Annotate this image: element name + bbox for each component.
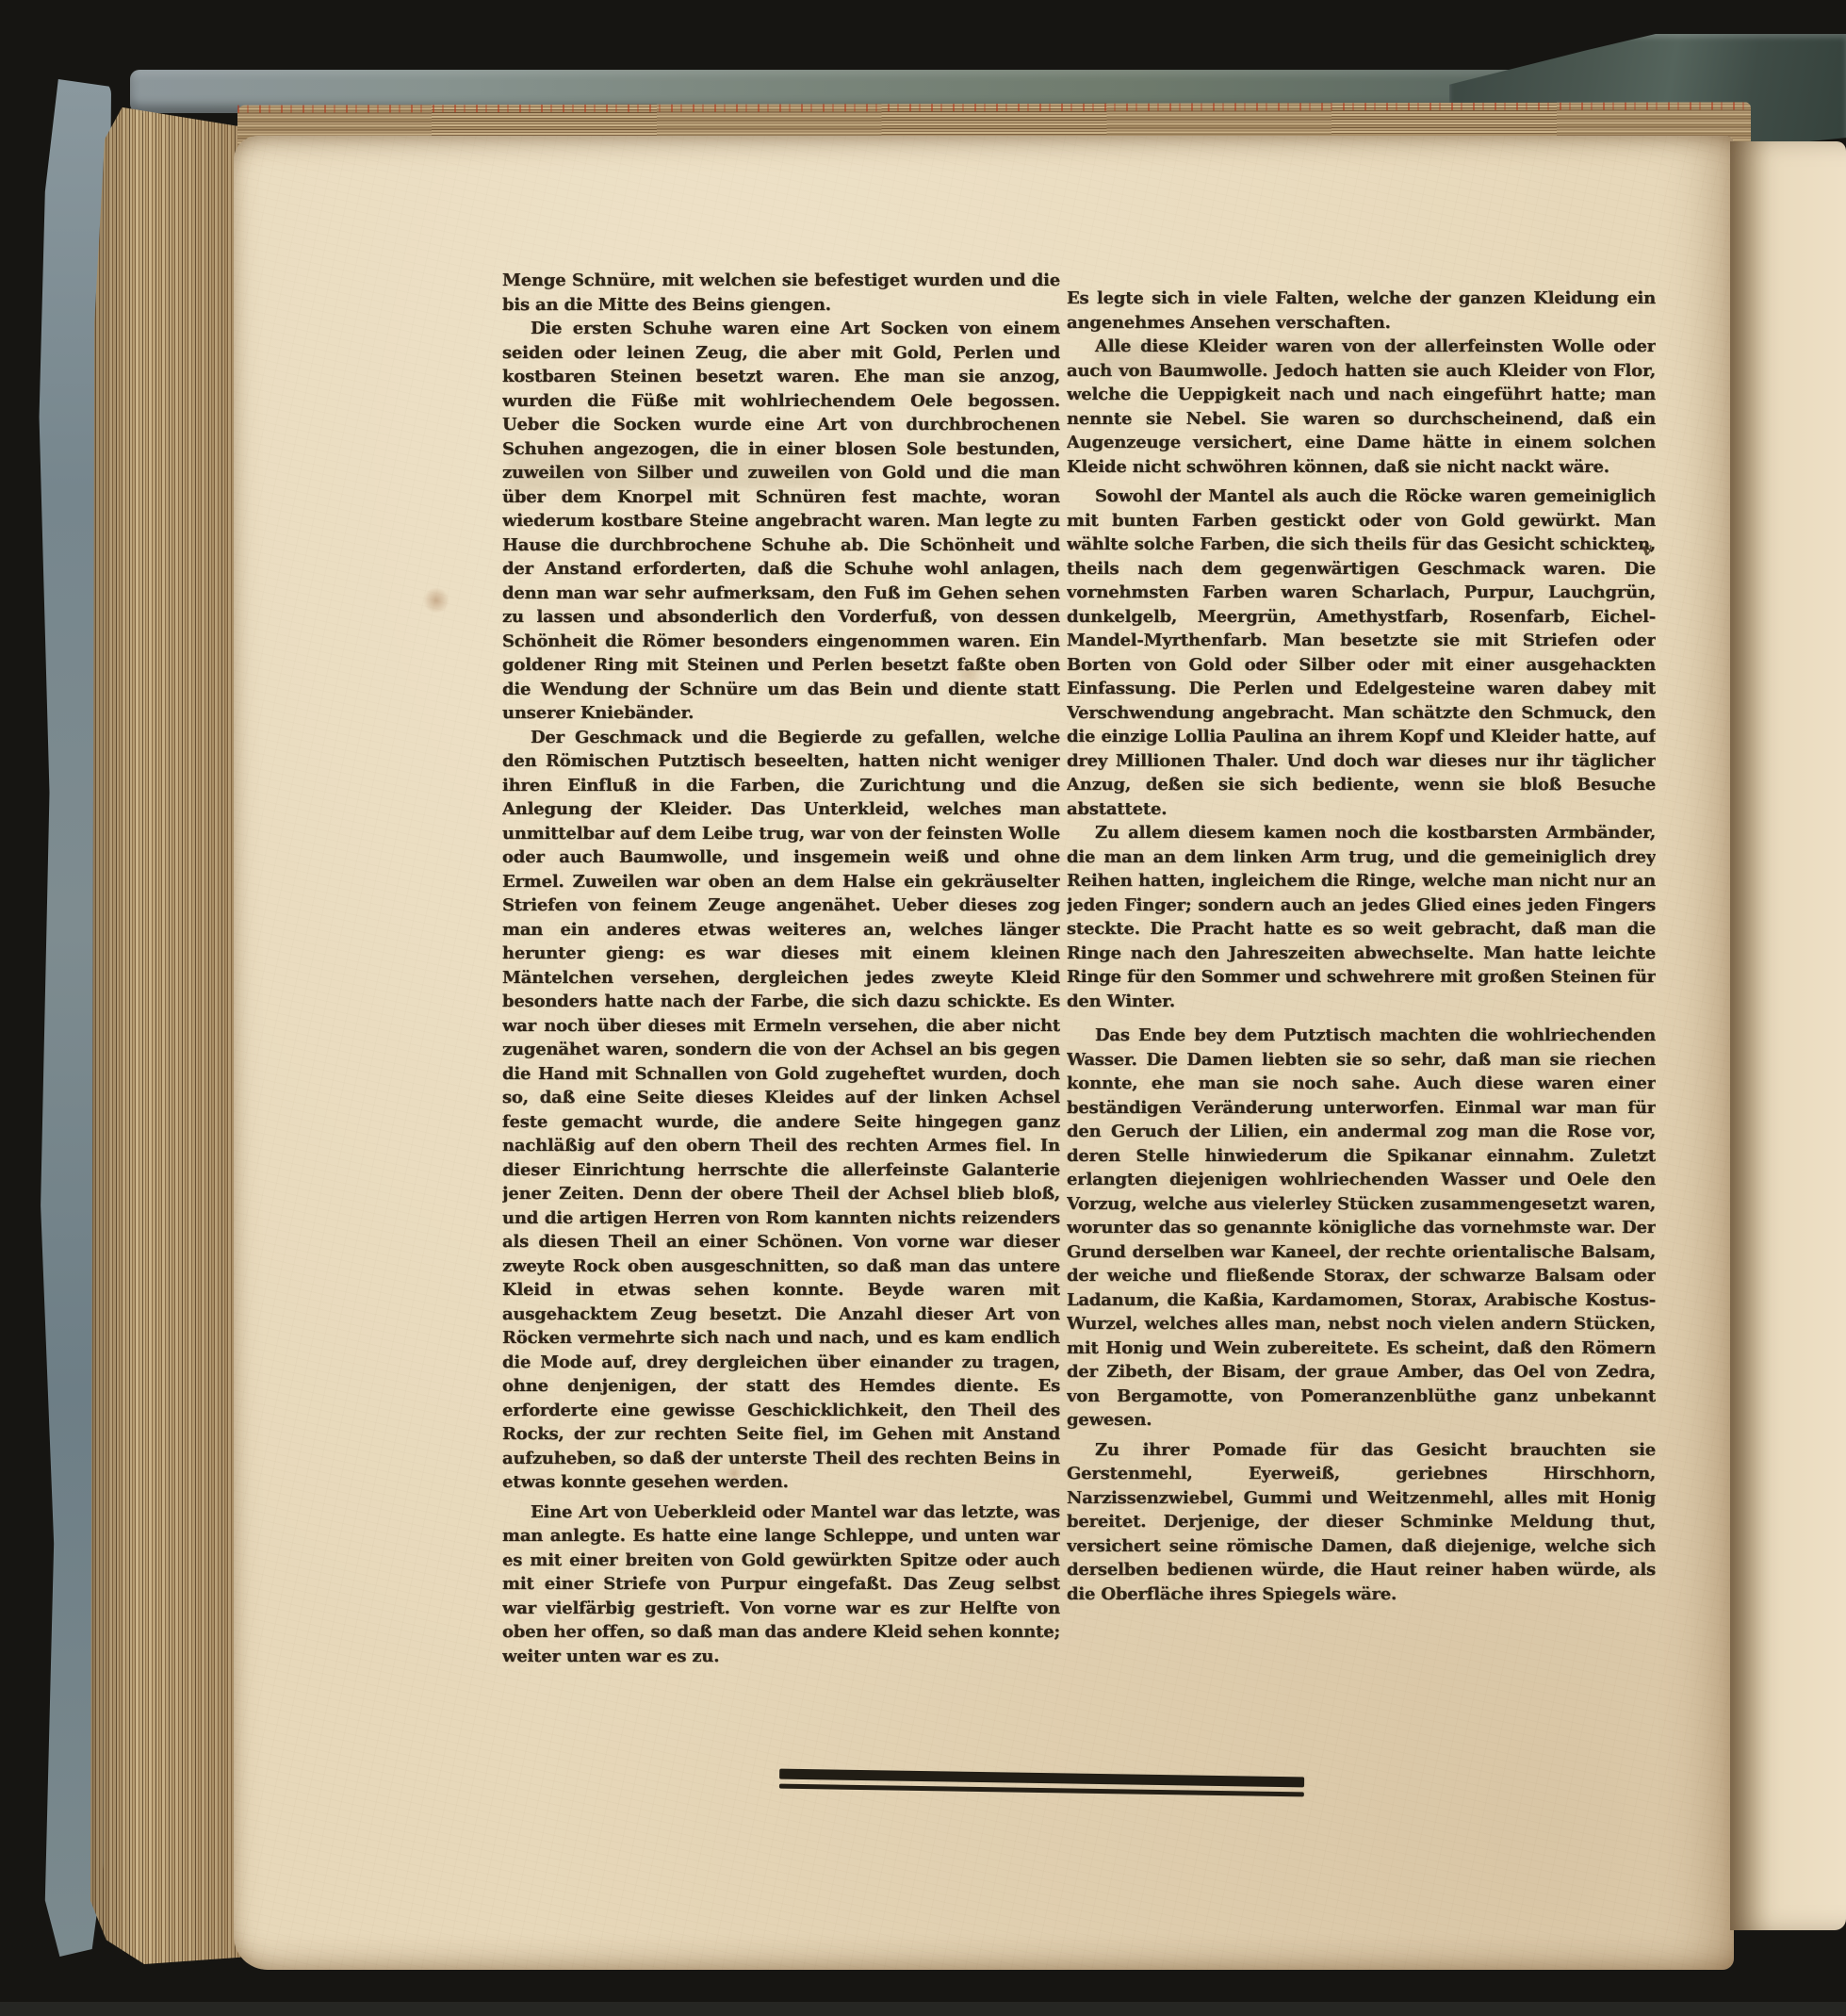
text-column-left: Menge Schnüre, mit welchen sie befestige… [502, 269, 1060, 1739]
paragraph: Das Ende bey dem Putztisch machten die w… [1067, 1024, 1656, 1433]
paragraph: Zu ihrer Pomade für das Gesicht brauchte… [1067, 1438, 1656, 1607]
paragraph: Zu allem diesem kamen noch die kostbarst… [1067, 821, 1656, 1013]
paragraph-continuation: Es legte sich in viele Falten, welche de… [1067, 287, 1656, 335]
adjacent-page-edge [1730, 141, 1846, 1930]
paragraph: Der Geschmack und die Begierde zu gefall… [502, 726, 1060, 1495]
current-page: Menge Schnüre, mit welchen sie befestige… [234, 136, 1734, 1970]
paragraph-continuation: Menge Schnüre, mit welchen sie befestige… [502, 269, 1060, 317]
paragraph: Sowohl der Mantel als auch die Röcke war… [1067, 484, 1656, 821]
text-column-right: Es legte sich in viele Falten, welche de… [1067, 287, 1656, 1743]
paragraph: Eine Art von Ueberkleid oder Mantel war … [502, 1500, 1060, 1669]
paragraph: Alle diese Kleider waren von der allerfe… [1067, 335, 1656, 479]
paragraph: Die ersten Schuhe waren eine Art Socken … [502, 317, 1060, 726]
paper-stain [422, 588, 450, 613]
section-divider [779, 1769, 1304, 1802]
page-stack-fore-edge [90, 98, 249, 1966]
scan-bottom-strip [0, 2002, 1846, 2016]
